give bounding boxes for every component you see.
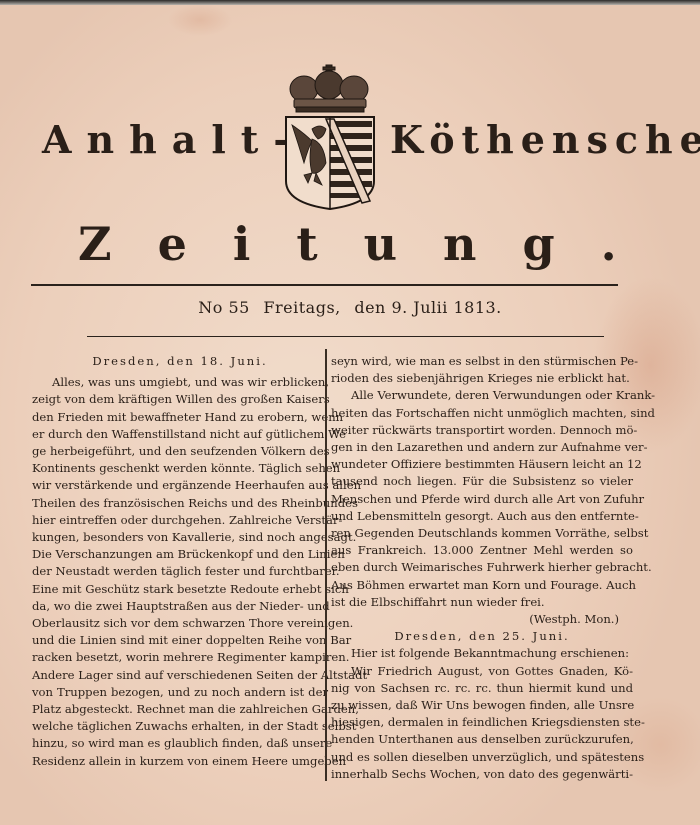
text-line: Alles, was uns umgiebt, und was wir erbl… — [32, 374, 328, 391]
source-attribution: (Westph. Mon.) — [331, 611, 633, 628]
text-line: wundeter Offiziere bestimmten Häusern le… — [331, 456, 633, 473]
text-line: hier eintreffen oder durchgehen. Zahlrei… — [32, 512, 328, 529]
text-line: ist die Elbschiffahrt nun wieder frei. — [331, 594, 633, 611]
text-line: Platz abgesteckt. Rechnet man die zahlre… — [32, 701, 328, 718]
masthead-rule — [31, 284, 618, 286]
masthead-title-left: Anhalt- — [42, 117, 304, 162]
text-line: henden Unterthanen aus denselben zurückz… — [331, 731, 633, 748]
text-line: zeigt von dem kräftigen Willen des große… — [32, 391, 328, 408]
text-line: zu wissen, daß Wir Uns bewogen finden, a… — [331, 697, 633, 714]
text-line: tausend noch liegen. Für die Subsistenz … — [331, 473, 633, 490]
text-line: Eine mit Geschütz stark besetzte Redoute… — [32, 581, 328, 598]
right-column: seyn wird, wie man es selbst in den stür… — [331, 353, 633, 783]
text-line: hiesigen, dermalen in feindlichen Kriegs… — [331, 714, 633, 731]
column-divider — [325, 349, 327, 781]
text-line: ren Gegenden Deutschlands kommen Vorräth… — [331, 525, 633, 542]
announcement-heading: Hier ist folgende Bekanntmachung erschie… — [331, 645, 633, 662]
newspaper-page: Anhalt- — [0, 5, 700, 825]
text-line: nig von Sachsen rc. rc. rc. thun hiermit… — [331, 680, 633, 697]
text-line: und es sollen dieselben unverzüglich, un… — [331, 749, 633, 766]
text-line: von Truppen bezogen, und zu noch andern … — [32, 684, 328, 701]
text-line: Alle Verwundete, deren Verwundungen oder… — [331, 387, 633, 404]
text-line: Die Verschanzungen am Brückenkopf und de… — [32, 546, 328, 563]
text-line: der Neustadt werden täglich fester und f… — [32, 563, 328, 580]
text-line: Andere Lager sind auf verschiedenen Seit… — [32, 667, 328, 684]
text-line: Wir Friedrich August, von Gottes Gnaden,… — [331, 663, 633, 680]
text-line: gen in den Lazarethen und andern zur Auf… — [331, 439, 633, 456]
dateline-dresden-25-juni: Dresden, den 25. Juni. — [331, 628, 633, 645]
text-line: kungen, besonders von Kavallerie, sind n… — [32, 529, 328, 546]
text-line: aus Frankreich. 13.000 Zentner Mehl werd… — [331, 542, 633, 559]
article-continuation: seyn wird, wie man es selbst in den stür… — [331, 353, 633, 387]
text-line: hinzu, so wird man es glaublich finden, … — [32, 735, 328, 752]
text-line: Theilen des französischen Reichs und des… — [32, 495, 328, 512]
text-line: Oberlausitz sich vor dem schwarzen Thore… — [32, 615, 328, 632]
text-line: den Frieden mit bewaffneter Hand zu erob… — [32, 409, 328, 426]
text-line: eben durch Weimarisches Fuhrwerk hierher… — [331, 559, 633, 576]
text-line: racken besetzt, worin mehrere Regimenter… — [32, 649, 328, 666]
issue-weekday: Freitags, — [263, 298, 340, 317]
text-line: da, wo die zwei Hauptstraßen aus der Nie… — [32, 598, 328, 615]
text-line: Aus Böhmen erwartet man Korn und Fourage… — [331, 577, 633, 594]
issue-date: den 9. Julii 1813. — [354, 298, 501, 317]
text-line: heiten das Fortschaffen nicht unmöglich … — [331, 405, 633, 422]
coat-of-arms-icon — [282, 63, 378, 211]
text-line: ge herbeigeführt, und den seufzenden Völ… — [32, 443, 328, 460]
dateline-dresden-18-juni: Dresden, den 18. Juni. — [32, 353, 328, 370]
issue-number: No 55 — [198, 298, 250, 317]
text-line: Kontinents geschenkt werden könnte. Tägl… — [32, 460, 328, 477]
issue-rule — [87, 336, 604, 337]
issue-line: No 55 Freitags, den 9. Julii 1813. — [0, 298, 700, 317]
masthead-title-right: Köthensche — [390, 117, 700, 162]
text-line: Residenz allein in kurzem von einem Heer… — [32, 753, 328, 770]
article-dresden-18-juni: Alles, was uns umgiebt, und was wir erbl… — [32, 374, 328, 770]
text-line: rioden des siebenjährigen Krieges nie er… — [331, 370, 633, 387]
text-line: innerhalb Sechs Wochen, von dato des geg… — [331, 766, 633, 783]
text-line: weiter rückwärts transportirt worden. De… — [331, 422, 633, 439]
article-proclamation: Wir Friedrich August, von Gottes Gnaden,… — [331, 663, 633, 783]
left-column: Dresden, den 18. Juni. Alles, was uns um… — [32, 353, 328, 770]
masthead-title-zeitung: Zeitung. — [78, 217, 663, 271]
text-line: Menschen und Pferde wird durch alle Art … — [331, 491, 633, 508]
text-line: welche täglichen Zuwachs erhalten, in de… — [32, 718, 328, 735]
article-wounded: Alle Verwundete, deren Verwundungen oder… — [331, 387, 633, 611]
text-line: und die Linien sind mit einer doppelten … — [32, 632, 328, 649]
text-line: wir verstärkende und ergänzende Heerhauf… — [32, 477, 328, 494]
text-line: seyn wird, wie man es selbst in den stür… — [331, 353, 633, 370]
text-line: und Lebensmitteln gesorgt. Auch aus den … — [331, 508, 633, 525]
text-line: er durch den Waffenstillstand nicht auf … — [32, 426, 328, 443]
